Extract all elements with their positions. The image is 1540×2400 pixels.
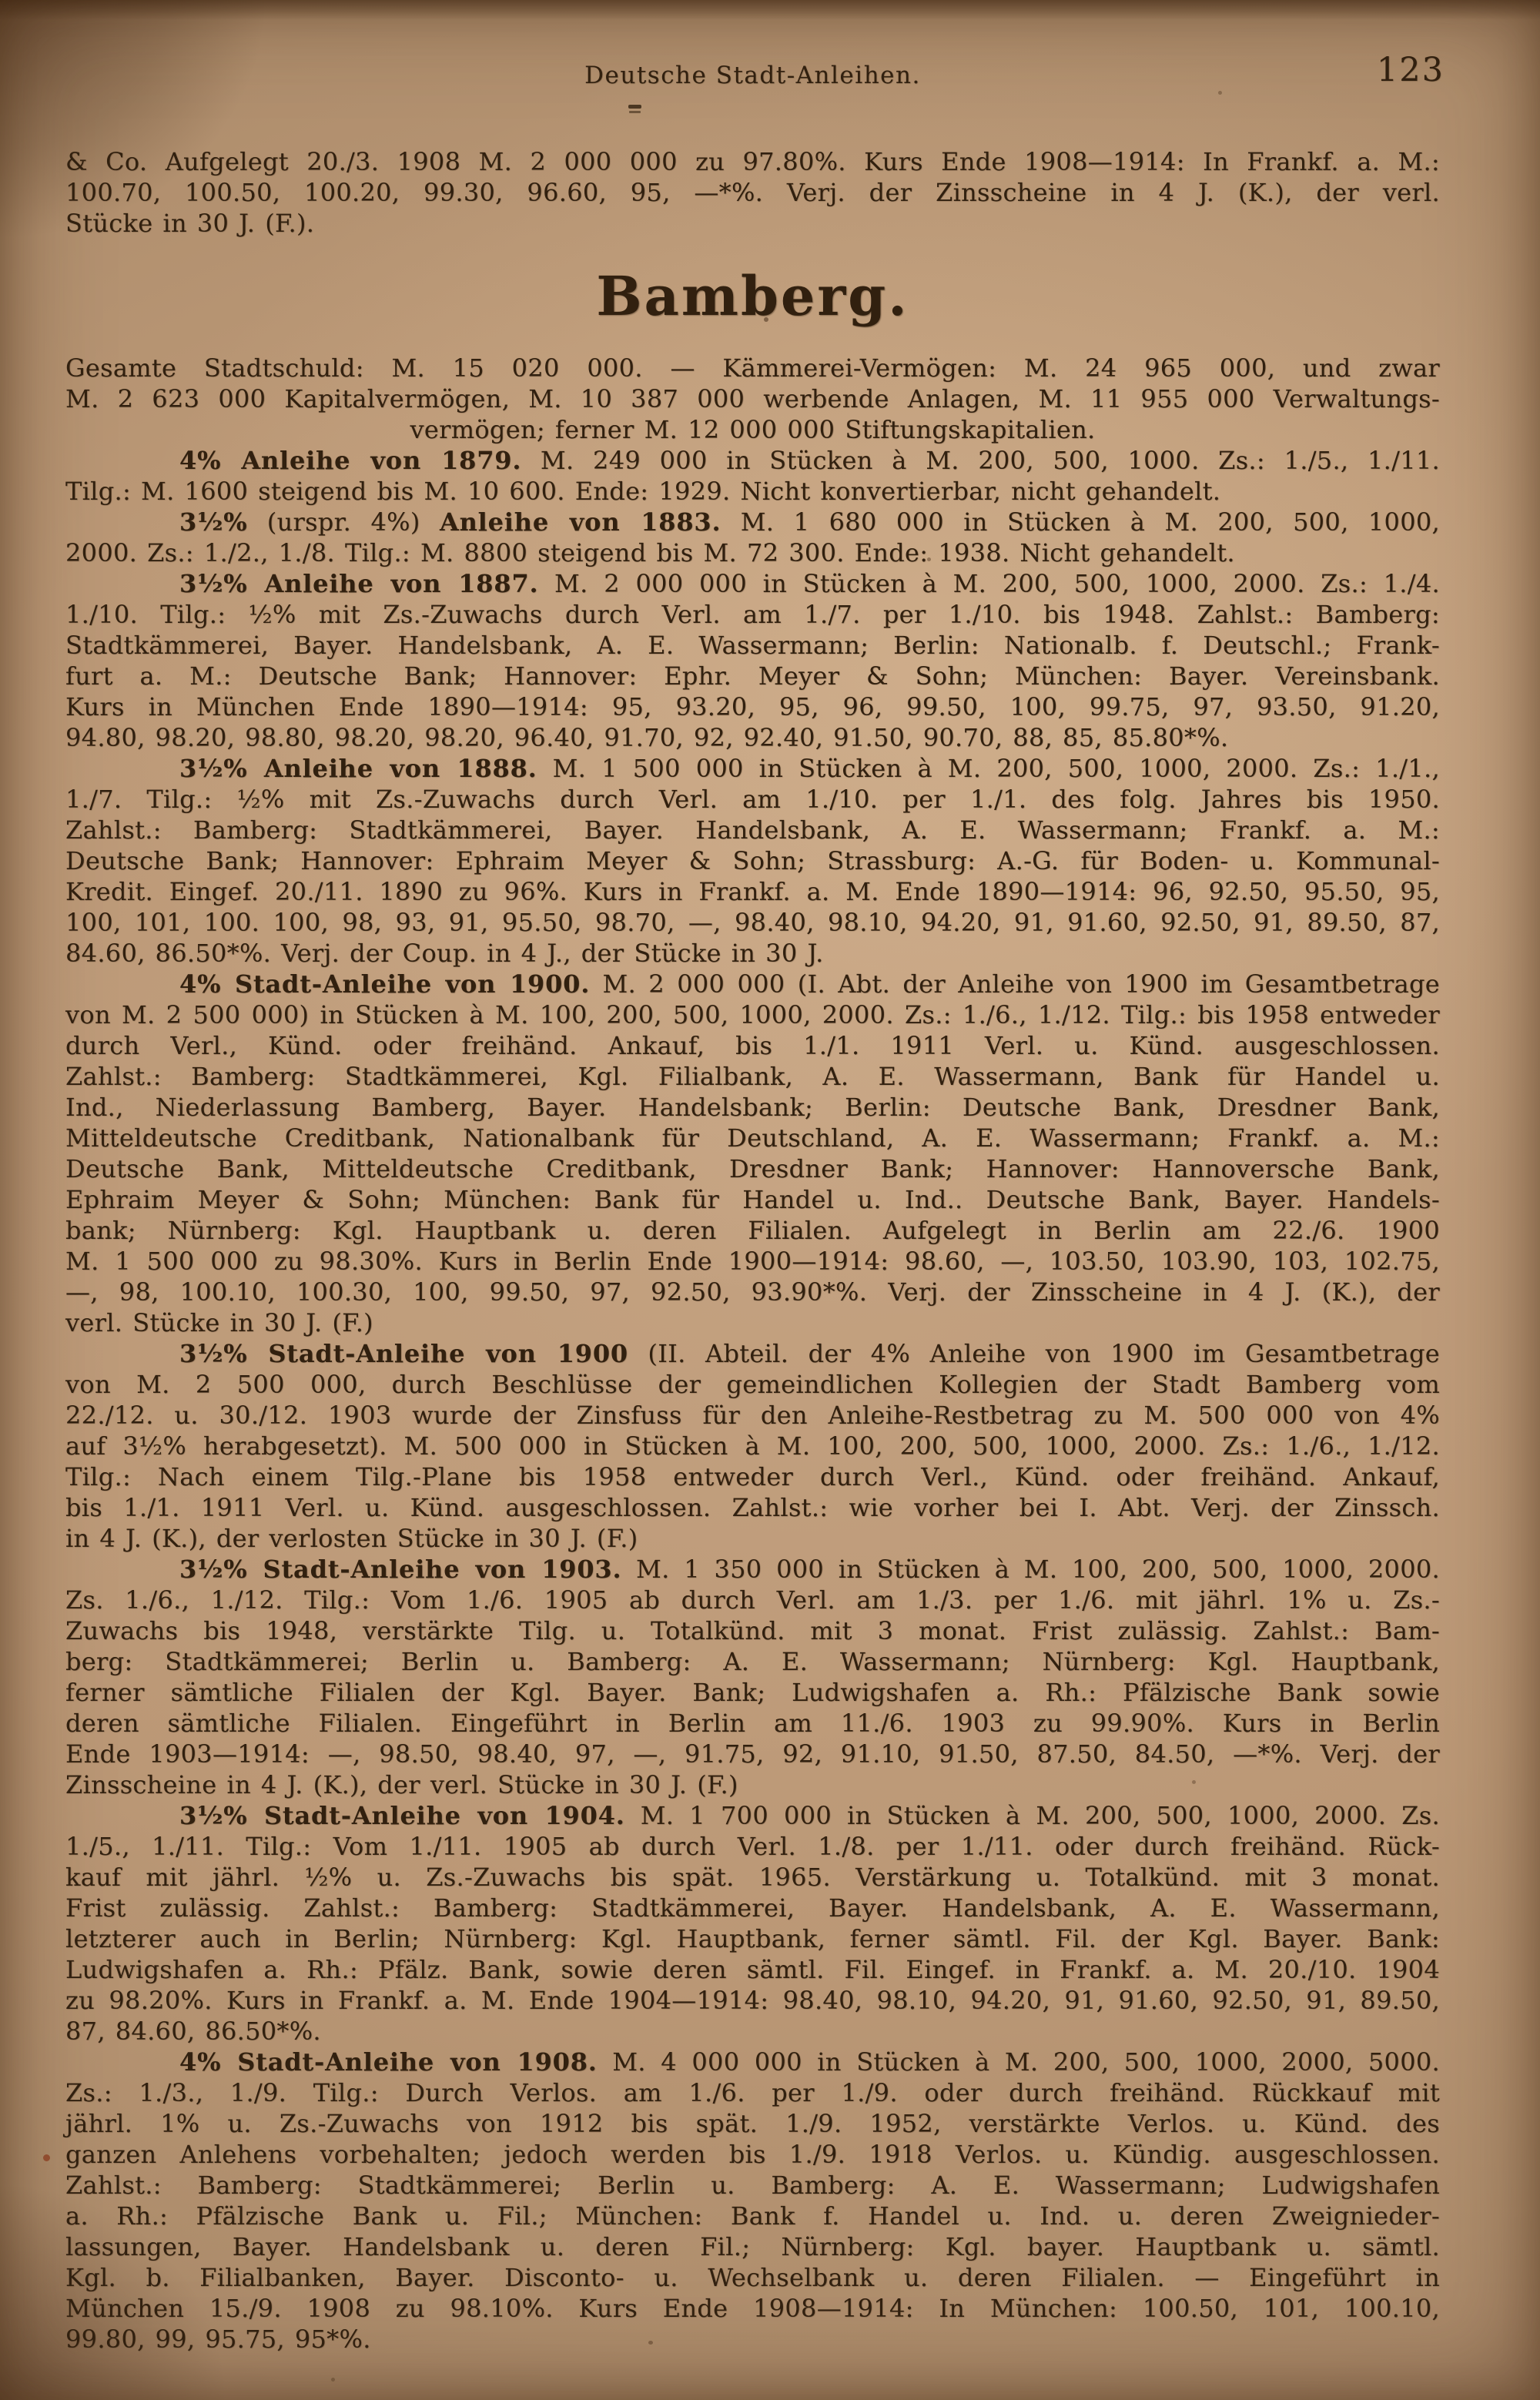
text-line: Gesamte Stadtschuld: M. 15 020 000. — Kä…: [65, 353, 1440, 383]
text-segment: 1./10. Tilg.: ½% mit Zs.-Zuwachs durch V…: [65, 600, 1440, 629]
entry-title: 4% Stadt-Anleihe von 1900.: [179, 969, 590, 999]
text-segment: 100.70, 100.50, 100.20, 99.30, 96.60, 95…: [65, 178, 1440, 207]
text-segment: von M. 2 500 000, durch Beschlüsse der g…: [65, 1370, 1440, 1399]
text-line: Zuwachs bis 1948, verstärkte Tilg. u. To…: [65, 1615, 1440, 1646]
text-segment: (II. Abteil. der 4% Anleihe von 1900 im …: [628, 1339, 1440, 1368]
paragraph-anleihe-1883: 3½% (urspr. 4%) Anleihe von 1883. M. 1 6…: [65, 507, 1440, 568]
text-line: ganzen Anlehens vorbehalten; jedoch werd…: [65, 2139, 1440, 2170]
text-segment: 94.80, 98.20, 98.80, 98.20, 98.20, 96.40…: [65, 723, 1228, 752]
entry-title: Anleihe von 1883.: [440, 507, 721, 537]
text-line: 4% Stadt-Anleihe von 1908. M. 4 000 000 …: [65, 2047, 1440, 2077]
body-copy: & Co. Aufgelegt 20./3. 1908 M. 2 000 000…: [65, 146, 1440, 2355]
text-segment: Zs.: 1./3., 1./9. Tilg.: Durch Verlos. a…: [65, 2078, 1440, 2107]
text-line: bank; Nürnberg: Kgl. Hauptbank u. deren …: [65, 1215, 1440, 1246]
text-line: Zs.: 1./3., 1./9. Tilg.: Durch Verlos. a…: [65, 2077, 1440, 2108]
text-segment: in 4 J. (K.), der verlosten Stücke in 30…: [65, 1524, 638, 1553]
text-line: 4% Stadt-Anleihe von 1900. M. 2 000 000 …: [65, 969, 1440, 999]
paragraph-anleihe-1887: 3½% Anleihe von 1887. M. 2 000 000 in St…: [65, 568, 1440, 753]
text-line: 1./5., 1./11. Tilg.: Vom 1./11. 1905 ab …: [65, 1831, 1440, 1862]
text-segment: jährl. 1% u. Zs.-Zuwachs von 1912 bis sp…: [65, 2109, 1440, 2138]
text-segment: zu 98.20%. Kurs in Frankf. a. M. Ende 19…: [65, 1986, 1440, 2015]
text-segment: (urspr. 4%): [247, 507, 440, 537]
text-line: 1./7. Tilg.: ½% mit Zs.-Zuwachs durch Ve…: [65, 784, 1440, 815]
text-segment: 1./5., 1./11. Tilg.: Vom 1./11. 1905 ab …: [65, 1832, 1440, 1861]
text-segment: ferner sämtliche Filialen der Kgl. Bayer…: [65, 1678, 1440, 1707]
page-number: 123: [1377, 51, 1445, 89]
paper-speck: [43, 2154, 50, 2161]
text-line: 100, 101, 100. 100, 98, 93, 91, 95.50, 9…: [65, 907, 1440, 938]
text-segment: 100, 101, 100. 100, 98, 93, 91, 95.50, 9…: [65, 908, 1440, 937]
text-segment: Frist zulässig. Zahlst.: Bamberg: Stadtk…: [65, 1893, 1440, 1923]
text-line: 3½% Stadt-Anleihe von 1903. M. 1 350 000…: [65, 1554, 1440, 1585]
paragraph-stadtschuld: Gesamte Stadtschuld: M. 15 020 000. — Kä…: [65, 353, 1440, 445]
text-segment: Ephraim Meyer & Sohn; München: Bank für …: [65, 1185, 1440, 1214]
text-segment: 2000. Zs.: 1./2., 1./8. Tilg.: M. 8800 s…: [65, 538, 1235, 567]
paragraph-anleihe-1888: 3½% Anleihe von 1888. M. 1 500 000 in St…: [65, 753, 1440, 969]
text-segment: furt a. M.: Deutsche Bank; Hannover: Eph…: [65, 661, 1440, 691]
text-segment: a. Rh.: Pfälzische Bank u. Fil.; München…: [65, 2201, 1440, 2231]
text-line: 1./10. Tilg.: ½% mit Zs.-Zuwachs durch V…: [65, 599, 1440, 630]
paper-speck: [331, 2378, 335, 2382]
text-line: Zs. 1./6., 1./12. Tilg.: Vom 1./6. 1905 …: [65, 1585, 1440, 1615]
text-line: —, 98, 100.10, 100.30, 100, 99.50, 97, 9…: [65, 1277, 1440, 1307]
text-segment: von M. 2 500 000) in Stücken à M. 100, 2…: [65, 1000, 1440, 1029]
text-line: 99.80, 99, 95.75, 95*%.: [65, 2324, 1440, 2355]
text-line: bis 1./1. 1911 Verl. u. Künd. ausgeschlo…: [65, 1492, 1440, 1523]
text-segment: Tilg.: Nach einem Tilg.-Plane bis 1958 e…: [65, 1462, 1440, 1491]
text-segment: M. 2 000 000 (I. Abt. der Anleihe von 19…: [590, 969, 1440, 999]
text-line: Mitteldeutsche Creditbank, Nationalbank …: [65, 1123, 1440, 1153]
text-line: Zinsscheine in 4 J. (K.), der verl. Stüc…: [65, 1769, 1440, 1800]
city-heading: Bamberg.: [65, 266, 1440, 326]
text-segment: Stücke in 30 J. (F.).: [65, 209, 314, 238]
text-segment: vermögen; ferner M. 12 000 000 Stiftungs…: [410, 415, 1096, 444]
text-segment: 99.80, 99, 95.75, 95*%.: [65, 2325, 371, 2354]
text-segment: München 15./9. 1908 zu 98.10%. Kurs Ende…: [65, 2294, 1440, 2323]
text-segment: Ende 1903—1914: —, 98.50, 98.40, 97, —, …: [65, 1739, 1440, 1769]
text-segment: berg: Stadtkämmerei; Berlin u. Bamberg: …: [65, 1647, 1440, 1676]
text-line: berg: Stadtkämmerei; Berlin u. Bamberg: …: [65, 1646, 1440, 1677]
entry-title: 4% Anleihe von 1879.: [179, 446, 521, 475]
text-line: lassungen, Bayer. Handelsbank u. deren F…: [65, 2231, 1440, 2262]
text-segment: bis 1./1. 1911 Verl. u. Künd. ausgeschlo…: [65, 1493, 1440, 1522]
text-line: deren sämtliche Filialen. Eingeführt in …: [65, 1708, 1440, 1739]
text-line: in 4 J. (K.), der verlosten Stücke in 30…: [65, 1523, 1440, 1554]
text-segment: durch Verl., Künd. oder freihänd. Ankauf…: [65, 1031, 1440, 1060]
entry-title: 3½%: [179, 507, 247, 537]
text-segment: ganzen Anlehens vorbehalten; jedoch werd…: [65, 2140, 1440, 2169]
text-segment: kauf mit jährl. ½% u. Zs.-Zuwachs bis sp…: [65, 1863, 1440, 1892]
text-line: von M. 2 500 000, durch Beschlüsse der g…: [65, 1369, 1440, 1400]
text-line: 3½% (urspr. 4%) Anleihe von 1883. M. 1 6…: [65, 507, 1440, 537]
entry-title: 4% Stadt-Anleihe von 1908.: [179, 2047, 598, 2077]
text-segment: Zahlst.: Bamberg: Stadtkämmerei, Bayer. …: [65, 815, 1440, 845]
text-line: verl. Stücke in 30 J. (F.): [65, 1307, 1440, 1338]
text-segment: Deutsche Bank; Hannover: Ephraim Meyer &…: [65, 846, 1440, 875]
text-segment: Ind., Niederlassung Bamberg, Bayer. Hand…: [65, 1093, 1440, 1122]
text-segment: Kgl. b. Filialbanken, Bayer. Disconto- u…: [65, 2263, 1440, 2292]
text-segment: M. 1 680 000 in Stücken à M. 200, 500, 1…: [721, 507, 1440, 537]
text-line: Ephraim Meyer & Sohn; München: Bank für …: [65, 1184, 1440, 1215]
text-line: durch Verl., Künd. oder freihänd. Ankauf…: [65, 1030, 1440, 1061]
text-segment: lassungen, Bayer. Handelsbank u. deren F…: [65, 2232, 1440, 2261]
text-line: Ludwigshafen a. Rh.: Pfälz. Bank, sowie …: [65, 1954, 1440, 1985]
text-line: 4% Anleihe von 1879. M. 249 000 in Stück…: [65, 445, 1440, 476]
entry-title: 3½% Anleihe von 1888.: [179, 754, 537, 783]
text-line: zu 98.20%. Kurs in Frankf. a. M. Ende 19…: [65, 1985, 1440, 2016]
running-head: Deutsche Stadt-Anleihen. 123: [65, 59, 1440, 102]
text-line: M. 2 623 000 Kapitalvermögen, M. 10 387 …: [65, 383, 1440, 414]
text-segment: Kredit. Eingef. 20./11. 1890 zu 96%. Kur…: [65, 877, 1440, 906]
text-line: Tilg.: Nach einem Tilg.-Plane bis 1958 e…: [65, 1461, 1440, 1492]
text-segment: Stadtkämmerei, Bayer. Handelsbank, A. E.…: [65, 631, 1440, 660]
paragraph-anleihe-1879: 4% Anleihe von 1879. M. 249 000 in Stück…: [65, 445, 1440, 507]
text-line: Kurs in München Ende 1890—1914: 95, 93.2…: [65, 691, 1440, 722]
paragraph-stadt-anleihe-1904: 3½% Stadt-Anleihe von 1904. M. 1 700 000…: [65, 1800, 1440, 2047]
text-segment: M. 249 000 in Stücken à M. 200, 500, 100…: [521, 446, 1440, 475]
text-segment: bank; Nürnberg: Kgl. Hauptbank u. deren …: [65, 1216, 1440, 1245]
text-segment: 22./12. u. 30./12. 1903 wurde der Zinsfu…: [65, 1401, 1440, 1430]
text-line: furt a. M.: Deutsche Bank; Hannover: Eph…: [65, 661, 1440, 691]
text-segment: Zs. 1./6., 1./12. Tilg.: Vom 1./6. 1905 …: [65, 1585, 1440, 1615]
text-line: letzterer auch in Berlin; Nürnberg: Kgl.…: [65, 1923, 1440, 1954]
running-head-title: Deutsche Stadt-Anleihen.: [65, 62, 1440, 89]
text-segment: Deutsche Bank, Mitteldeutsche Creditbank…: [65, 1154, 1440, 1183]
paragraphs-after-heading: Gesamte Stadtschuld: M. 15 020 000. — Kä…: [65, 353, 1440, 2355]
text-line: 100.70, 100.50, 100.20, 99.30, 96.60, 95…: [65, 177, 1440, 208]
text-line: ferner sämtliche Filialen der Kgl. Bayer…: [65, 1677, 1440, 1708]
text-segment: 84.60, 86.50*%. Verj. der Coup. in 4 J.,…: [65, 939, 824, 968]
text-segment: 87, 84.60, 86.50*%.: [65, 2017, 321, 2046]
text-line: Stücke in 30 J. (F.).: [65, 208, 1440, 239]
text-line: 3½% Stadt-Anleihe von 1900 (II. Abteil. …: [65, 1338, 1440, 1369]
entry-title: 3½% Stadt-Anleihe von 1903.: [179, 1555, 621, 1584]
entry-title: 3½% Anleihe von 1887.: [179, 569, 538, 598]
text-segment: auf 3½% herabgesetzt). M. 500 000 in Stü…: [65, 1431, 1440, 1461]
text-segment: M. 1 700 000 in Stücken à M. 200, 500, 1…: [625, 1801, 1440, 1830]
text-segment: Mitteldeutsche Creditbank, Nationalbank …: [65, 1123, 1440, 1153]
paragraphs-before-heading: & Co. Aufgelegt 20./3. 1908 M. 2 000 000…: [65, 146, 1440, 239]
text-segment: Zahlst.: Bamberg: Stadtkämmerei, Kgl. Fi…: [65, 1062, 1440, 1091]
text-segment: M. 2 000 000 in Stücken à M. 200, 500, 1…: [538, 569, 1440, 598]
text-line: Frist zulässig. Zahlst.: Bamberg: Stadtk…: [65, 1893, 1440, 1923]
text-line: 3½% Anleihe von 1887. M. 2 000 000 in St…: [65, 568, 1440, 599]
printers-mark: [628, 105, 641, 109]
text-segment: letzterer auch in Berlin; Nürnberg: Kgl.…: [65, 1924, 1440, 1953]
text-line: & Co. Aufgelegt 20./3. 1908 M. 2 000 000…: [65, 146, 1440, 177]
text-line: 2000. Zs.: 1./2., 1./8. Tilg.: M. 8800 s…: [65, 537, 1440, 568]
paragraph-fortsetzung: & Co. Aufgelegt 20./3. 1908 M. 2 000 000…: [65, 146, 1440, 239]
text-segment: M. 1 350 000 in Stücken à M. 100, 200, 5…: [621, 1555, 1440, 1584]
text-line: 84.60, 86.50*%. Verj. der Coup. in 4 J.,…: [65, 938, 1440, 969]
text-segment: Gesamte Stadtschuld: M. 15 020 000. — Kä…: [65, 353, 1440, 383]
text-line: Tilg.: M. 1600 steigend bis M. 10 600. E…: [65, 476, 1440, 507]
text-line: vermögen; ferner M. 12 000 000 Stiftungs…: [65, 414, 1440, 445]
text-line: Zahlst.: Bamberg: Stadtkämmerei, Bayer. …: [65, 815, 1440, 845]
text-segment: Zahlst.: Bamberg: Stadtkämmerei; Berlin …: [65, 2171, 1440, 2200]
text-line: Kgl. b. Filialbanken, Bayer. Disconto- u…: [65, 2262, 1440, 2293]
text-segment: deren sämtliche Filialen. Eingeführt in …: [65, 1709, 1440, 1738]
text-segment: 1./7. Tilg.: ½% mit Zs.-Zuwachs durch Ve…: [65, 785, 1440, 814]
book-gutter-shadow: [0, 0, 54, 2400]
text-segment: & Co. Aufgelegt 20./3. 1908 M. 2 000 000…: [65, 147, 1440, 176]
book-page: Deutsche Stadt-Anleihen. 123 & Co. Aufge…: [0, 0, 1540, 2400]
paragraph-stadt-anleihe-1900-ii: 3½% Stadt-Anleihe von 1900 (II. Abteil. …: [65, 1338, 1440, 1554]
text-line: 3½% Stadt-Anleihe von 1904. M. 1 700 000…: [65, 1800, 1440, 1831]
text-segment: Zuwachs bis 1948, verstärkte Tilg. u. To…: [65, 1616, 1440, 1645]
text-line: Kredit. Eingef. 20./11. 1890 zu 96%. Kur…: [65, 876, 1440, 907]
text-segment: M. 4 000 000 in Stücken à M. 200, 500, 1…: [598, 2047, 1440, 2077]
text-line: Ende 1903—1914: —, 98.50, 98.40, 97, —, …: [65, 1739, 1440, 1769]
text-segment: M. 1 500 000 zu 98.30%. Kurs in Berlin E…: [65, 1247, 1440, 1276]
text-line: a. Rh.: Pfälzische Bank u. Fil.; München…: [65, 2201, 1440, 2231]
paragraph-stadt-anleihe-1908: 4% Stadt-Anleihe von 1908. M. 4 000 000 …: [65, 2047, 1440, 2355]
text-line: kauf mit jährl. ½% u. Zs.-Zuwachs bis sp…: [65, 1862, 1440, 1893]
text-segment: M. 1 500 000 in Stücken à M. 200, 500, 1…: [537, 754, 1440, 783]
text-line: Ind., Niederlassung Bamberg, Bayer. Hand…: [65, 1092, 1440, 1123]
text-line: von M. 2 500 000) in Stücken à M. 100, 2…: [65, 999, 1440, 1030]
entry-title: 3½% Stadt-Anleihe von 1904.: [179, 1801, 625, 1830]
text-line: Deutsche Bank, Mitteldeutsche Creditbank…: [65, 1153, 1440, 1184]
text-segment: Zinsscheine in 4 J. (K.), der verl. Stüc…: [65, 1770, 738, 1799]
text-line: M. 1 500 000 zu 98.30%. Kurs in Berlin E…: [65, 1246, 1440, 1277]
text-segment: M. 2 623 000 Kapitalvermögen, M. 10 387 …: [65, 384, 1440, 413]
text-line: Zahlst.: Bamberg: Stadtkämmerei, Kgl. Fi…: [65, 1061, 1440, 1092]
paragraph-stadt-anleihe-1903: 3½% Stadt-Anleihe von 1903. M. 1 350 000…: [65, 1554, 1440, 1800]
text-segment: verl. Stücke in 30 J. (F.): [65, 1308, 373, 1337]
paragraph-stadt-anleihe-1900-i: 4% Stadt-Anleihe von 1900. M. 2 000 000 …: [65, 969, 1440, 1338]
text-line: 94.80, 98.20, 98.80, 98.20, 98.20, 96.40…: [65, 722, 1440, 753]
text-line: auf 3½% herabgesetzt). M. 500 000 in Stü…: [65, 1431, 1440, 1461]
text-line: Zahlst.: Bamberg: Stadtkämmerei; Berlin …: [65, 2170, 1440, 2201]
text-segment: Ludwigshafen a. Rh.: Pfälz. Bank, sowie …: [65, 1955, 1440, 1984]
text-line: 22./12. u. 30./12. 1903 wurde der Zinsfu…: [65, 1400, 1440, 1431]
text-column: Deutsche Stadt-Anleihen. 123 & Co. Aufge…: [65, 0, 1440, 2355]
text-line: 87, 84.60, 86.50*%.: [65, 2016, 1440, 2047]
text-segment: Kurs in München Ende 1890—1914: 95, 93.2…: [65, 692, 1440, 721]
text-line: München 15./9. 1908 zu 98.10%. Kurs Ende…: [65, 2293, 1440, 2324]
text-line: Deutsche Bank; Hannover: Ephraim Meyer &…: [65, 845, 1440, 876]
entry-title: 3½% Stadt-Anleihe von 1900: [179, 1339, 628, 1368]
text-line: jährl. 1% u. Zs.-Zuwachs von 1912 bis sp…: [65, 2108, 1440, 2139]
text-segment: Tilg.: M. 1600 steigend bis M. 10 600. E…: [65, 477, 1220, 506]
text-line: 3½% Anleihe von 1888. M. 1 500 000 in St…: [65, 753, 1440, 784]
text-segment: —, 98, 100.10, 100.30, 100, 99.50, 97, 9…: [65, 1277, 1440, 1307]
text-line: Stadtkämmerei, Bayer. Handelsbank, A. E.…: [65, 630, 1440, 661]
